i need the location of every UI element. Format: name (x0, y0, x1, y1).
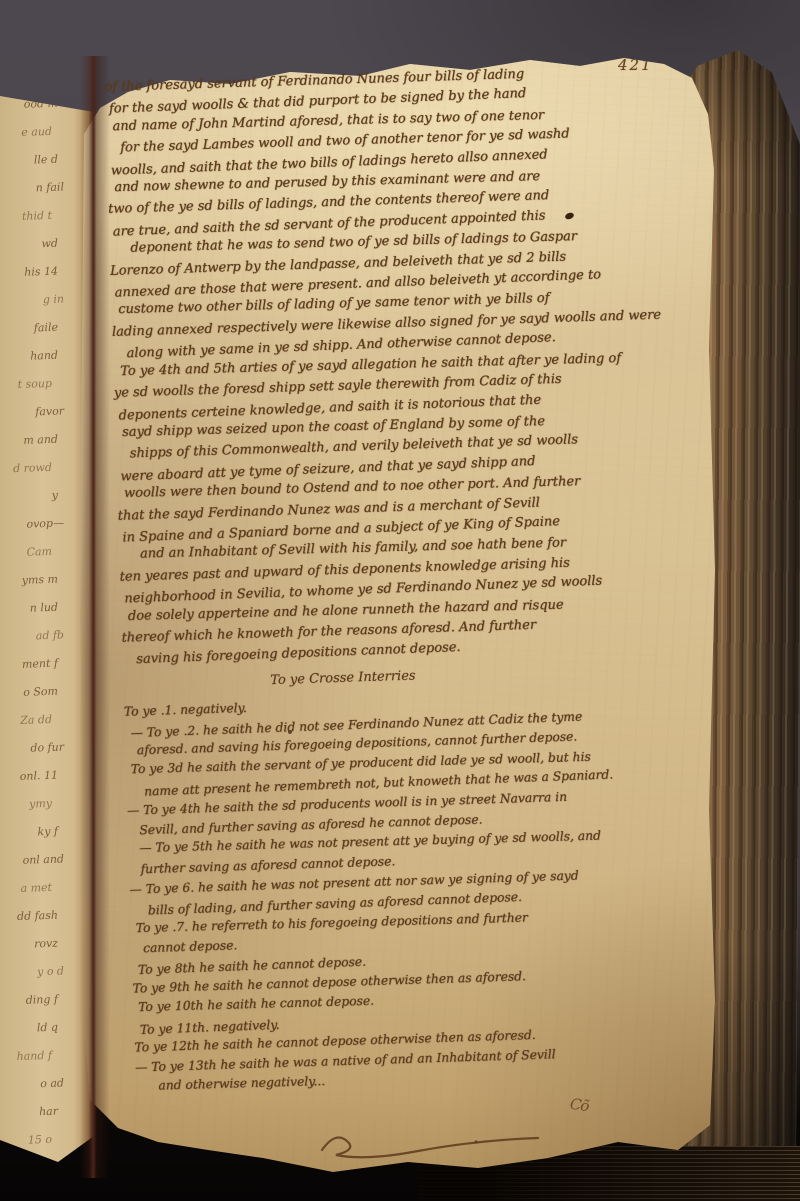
manuscript-photo: ood m e aud lle d n fail thid t wd his 1… (0, 0, 800, 1201)
handwritten-text: of the foresayd servant of Ferdinando Nu… (104, 59, 740, 1098)
interrogatory-answers: To ye .1. negatively. — To ye .2. he sai… (124, 684, 740, 1099)
gutter-shadow (80, 56, 110, 1178)
pen-flourish-mark (300, 1118, 570, 1168)
scribe-end-mark: Cõ (569, 1095, 590, 1115)
deposition-body: of the foresayd servant of Ferdinando Nu… (104, 59, 726, 669)
